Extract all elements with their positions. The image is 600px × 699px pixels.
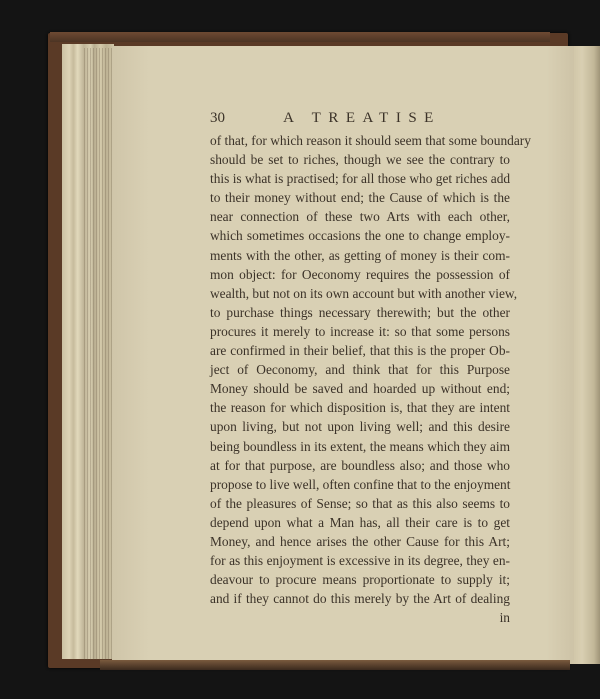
book-cover-bottom-edge [100,660,570,670]
text-line: procures it merely to increase it: so th… [210,322,510,341]
page-body-text: of that, for which reason it should seem… [210,131,510,627]
text-line: Money, and hence arises the other Cause … [210,532,510,551]
text-line: to purchase things necessary therewith; … [210,303,510,322]
text-line: of that, for which reason it should seem… [210,131,510,150]
text-line: depend upon what a Man has, all their ca… [210,513,510,532]
text-line: mon object: for Oeconomy requires the po… [210,265,510,284]
text-line: near connection of these two Arts with e… [210,207,510,226]
page-header: 30 A TREATISE [210,110,510,130]
page-stack-lines [84,48,112,660]
text-line: of the pleasures of Sense; so that as th… [210,494,510,513]
text-line: the reason for which disposition is, tha… [210,398,510,417]
text-line: to their money without end; the Cause of… [210,188,510,207]
text-line: propose to live well, often confine that… [210,475,510,494]
text-line: for as this enjoyment is excessive in it… [210,551,510,570]
text-line: are confirmed in their belief, that this… [210,341,510,360]
book-cover-top-edge [50,32,550,42]
text-line: should be set to riches, though we see t… [210,150,510,169]
text-line: which sometimes occasions the one to cha… [210,226,510,245]
catchword: in [210,608,510,627]
text-line: wealth, but not on its own account but w… [210,284,510,303]
text-line: this is what is practised; for all those… [210,169,510,188]
text-line: at for that purpose, are boundless also;… [210,456,510,475]
text-line: and if they cannot do this merely by the… [210,589,510,608]
text-line: ject of Oeconomy, and think that for thi… [210,360,510,379]
text-line: upon living, but not upon living well; a… [210,417,510,436]
text-line: Money should be saved and hoarded up wit… [210,379,510,398]
text-line: being boundless in its extent, the means… [210,437,510,456]
text-line: ments with the other, as getting of mone… [210,246,510,265]
facing-page-gutter [570,46,600,664]
page-number: 30 [210,110,225,127]
running-title: A TREATISE [242,110,482,127]
text-line: deavour to procure means proportionate t… [210,570,510,589]
